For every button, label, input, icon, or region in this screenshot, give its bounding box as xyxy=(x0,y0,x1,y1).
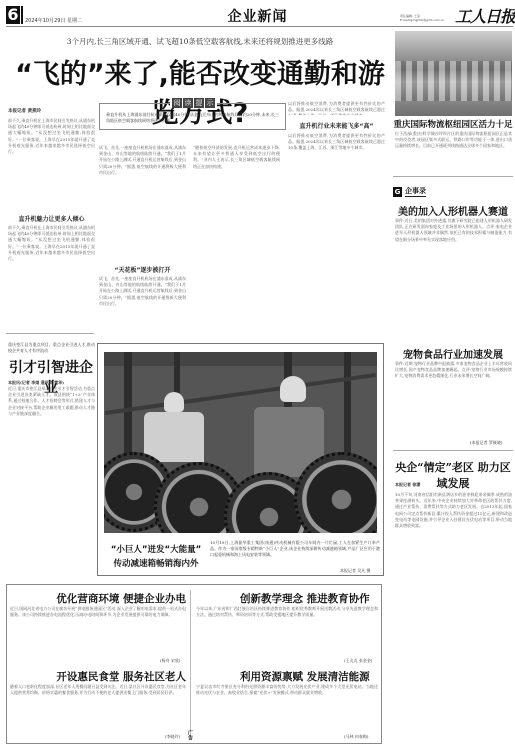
editor-info: 责任编辑: 王家 E-mail:grhgjrhb@grrb.com.cn xyxy=(400,14,444,22)
bottom-story-credit: (李晓玲) xyxy=(165,734,180,740)
lead-byline: 本报记者 黄燕玲 xyxy=(8,108,41,114)
photo-credit: 本报记者 吴凡 摄 xyxy=(340,568,371,574)
talent-body: 近日,重庆市垫江县举办企业引才引智活动,为重点企业引进各类紧缺人才。该县围绕“1… xyxy=(8,386,95,574)
bottom-story-credit: (杨舟 宋欣) xyxy=(160,658,180,664)
enterprise-item-body: 事件:近日,美的集团对外透露,其旗下研究院已组建人形机器人研发团队,正在研发面向… xyxy=(395,218,512,343)
bottom-story-body: 随着人口老龄化程度加深,社区老年人用餐问题日益受到关注。近日,某社区开设惠民食堂… xyxy=(10,684,186,740)
column-label: 企事录 xyxy=(405,186,426,197)
divider xyxy=(6,333,94,334)
photo-feature-title: “小巨人”迸发“大能量” 传动减速箱畅销海内外 xyxy=(106,543,206,571)
central-soe-body: 10月下旬,河南省信阳市新县泗店乡的油茶林迎来采摘季,成熟的油茶果挂满枝头。近年… xyxy=(395,492,512,744)
bottom-story-title: 开设惠民食堂 服务社区老人 xyxy=(36,669,186,684)
enterprise-item-title: 美的加入人形机器人赛道 xyxy=(393,203,513,218)
lead-body-col3: “随着低空经济的发展,直升机运营成本逐步下降,未来有望让更多普通人享受到低空出行… xyxy=(193,145,280,337)
bottom-story-body: 今年以来,广东省和广西壮族自治区持续推进教育协作,组织优秀教师开展送教活动,分享… xyxy=(196,606,378,664)
bottom-story-body: 近日,国网河北省电力公司在廊坊开展“供电服务进园区”活动,深入企业了解用电需求,… xyxy=(10,606,186,664)
photo-caption: 10月19日,上海振华重工集团(南通)传动机械有限公司车间内一片忙碌,工人在加紧… xyxy=(210,540,380,568)
read-tips-char: 示 xyxy=(205,98,215,108)
read-tips-char: 提 xyxy=(194,98,204,108)
bottom-story-body: 宁夏吴忠市红寺堡区充分利用光照资源丰富的优势,大力发展光伏产业,建成多个大型光伏… xyxy=(196,684,378,740)
read-tips-label: 阅 读 提 示 xyxy=(170,98,217,108)
bottom-story-title: 创新教学理念 推进教育协作 xyxy=(200,591,378,606)
enterprise-column-header: G 企事录 xyxy=(393,186,426,197)
lead-subhead-1: 直升机魅力让更多人倾心 xyxy=(8,214,95,223)
read-tips-char: 阅 xyxy=(172,98,182,108)
masthead-rule xyxy=(6,26,513,27)
lead-body-col1: 前不久,乘直升机在上海市民间引发热议,从浦东机场起飞约40分钟即可抵达杭州,时间… xyxy=(8,118,95,210)
newspaper-logo: 工人日报 xyxy=(455,4,515,27)
lead-body-col1b: 前不久,乘直升机在上海市民间引发热议,从浦东机场起飞约40分钟即可抵达杭州,时间… xyxy=(8,225,95,325)
chongqing-title: 重庆国际物流枢纽园区活力十足 xyxy=(393,118,513,130)
enterprise-item-credit: (本报记者 罗筱晓) xyxy=(470,440,502,446)
divider xyxy=(393,176,513,177)
bottom-story-credit: (王丸丸 张金金) xyxy=(344,658,372,664)
bottom-story-title: 优化营商环境 便捷企业办电 xyxy=(36,591,186,606)
lead-body-col4-top: 以后将推动低空消费,为消费者提供更有性价比的产品。据悉,2024年以来长三角区域… xyxy=(288,101,385,115)
divider xyxy=(393,450,513,451)
enterprise-item-title: 宠物食品行业加速发展 xyxy=(393,346,513,361)
factory-workers-photo xyxy=(104,352,377,533)
read-tips-text: 乘直升机从上海浦东前往杭州萧山仅需40分钟,从金山至舟山的跨海航线仅需约20分钟… xyxy=(106,112,279,128)
lead-body-col2: 试飞、首先,一座座直升机机场在浦东落成,从浦东到金山、舟山等地的航线陆续开通。“… xyxy=(99,145,186,257)
enterprise-item-body: 事件:近期,宠物行业品牌中报披露,多家宠物食品企业上半年营收同比增长,国产宠物食… xyxy=(395,361,512,441)
bottom-story-title: 利用资源禀赋 发展清洁能源 xyxy=(200,669,378,684)
column-g-icon: G xyxy=(393,187,402,197)
column-divider xyxy=(190,590,191,740)
photo-title-line1: “小巨人”迸发“大能量” xyxy=(106,543,206,557)
lead-kicker: 3个月内,长三角区域开通、试飞超10条低空载客航线,未来还将规划推进更多线路 xyxy=(20,36,380,47)
lead-body-col4: 以后将推动低空消费,为消费者提供更有性价比的产品。据悉,2024年以来长三角区域… xyxy=(288,133,385,337)
photo-title-line2: 传动减速箱畅销海内外 xyxy=(106,557,206,571)
logistics-park-photo xyxy=(395,31,512,116)
lead-subhead-2: “天花板”逐步被打开 xyxy=(99,265,186,274)
central-soe-byline: 本报记者 徐潇 xyxy=(395,482,420,488)
talent-kicker: 重庆垫江县为重点项目、重点企业引进人才,推动校企共育人才有序流动 xyxy=(8,342,95,356)
read-tips-char: 读 xyxy=(183,98,193,108)
lead-body-col2b: 试飞、首先,一座座直升机机场在浦东落成,从浦东到金山、舟山等地的航线陆续开通。“… xyxy=(99,276,186,336)
editor-email: E-mail:grhgjrhb@grrb.com.cn xyxy=(400,18,444,22)
chongqing-body: 位于西部(重庆)科学城沙坪坝片区的重庆国际物流枢纽园区正是其中的佼佼者,该园区集… xyxy=(395,131,512,169)
bottom-story-credit: (马林 何春梅) xyxy=(344,734,368,740)
lead-subhead-3: 直升机行业未来能飞多“高” xyxy=(288,121,385,130)
ad-mark: 广告 xyxy=(187,730,194,740)
